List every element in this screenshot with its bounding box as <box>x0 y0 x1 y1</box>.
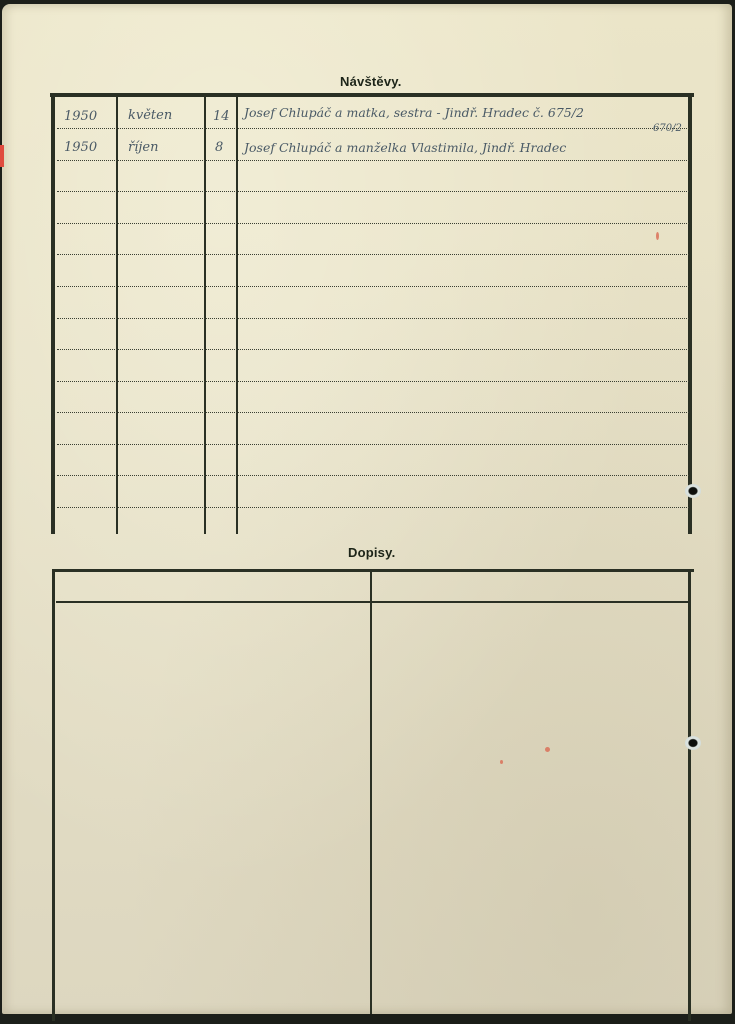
row1-day: 14 <box>213 109 230 124</box>
row-line <box>57 160 689 161</box>
stain-mark <box>545 747 550 752</box>
stain-mark <box>656 232 659 240</box>
row1-entry: Josef Chlupáč a matka, sestra - Jindř. H… <box>244 105 584 120</box>
row-line <box>57 286 689 287</box>
column-divider <box>236 96 238 534</box>
header-divider <box>56 601 690 603</box>
row2-day: 8 <box>215 140 223 155</box>
red-edge-mark <box>0 145 4 167</box>
row1-note: 670/2 <box>653 123 682 134</box>
visits-section-title: Návštěvy. <box>340 74 402 89</box>
table-left-border <box>52 571 55 1021</box>
row-line <box>57 223 689 224</box>
row-line <box>57 507 689 508</box>
row-line <box>57 475 689 476</box>
torn-edge <box>240 1014 680 1024</box>
row-line <box>57 128 689 129</box>
row1-year: 1950 <box>64 109 97 124</box>
column-divider <box>370 571 372 1021</box>
row-line <box>57 381 689 382</box>
table-right-border <box>688 96 692 534</box>
stain-mark <box>500 760 503 764</box>
row2-year: 1950 <box>64 140 97 155</box>
punch-hole <box>685 484 701 498</box>
letters-table <box>52 569 694 1019</box>
punch-hole <box>685 736 701 750</box>
row-line <box>57 444 689 445</box>
row2-month: říjen <box>128 140 158 155</box>
table-top-border <box>52 569 694 572</box>
table-right-border <box>688 571 691 1021</box>
letters-section-title: Dopisy. <box>348 545 395 560</box>
row-line <box>57 412 689 413</box>
row-line <box>57 318 689 319</box>
table-top-border <box>50 93 694 97</box>
visits-table: 1950 květen 14 Josef Chlupáč a matka, se… <box>50 93 694 531</box>
table-left-border <box>51 96 55 534</box>
row-line <box>57 349 689 350</box>
row1-month: květen <box>128 108 172 123</box>
row2-entry: Josef Chlupáč a manželka Vlastimila, Jin… <box>244 140 566 155</box>
column-divider <box>204 96 206 534</box>
column-divider <box>116 96 118 534</box>
row-line <box>57 254 689 255</box>
row-line <box>57 191 689 192</box>
